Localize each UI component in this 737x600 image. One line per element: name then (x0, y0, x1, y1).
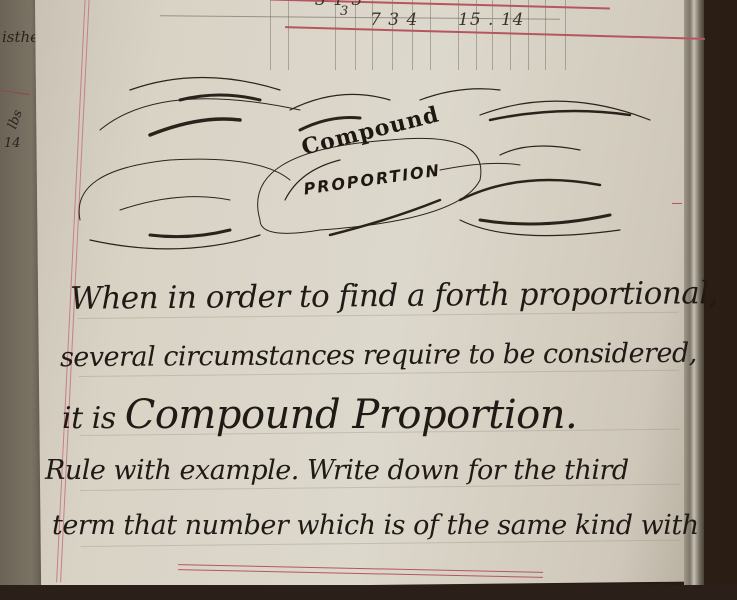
body-line-2: several circumstances require to be cons… (60, 338, 697, 373)
calligraphic-flourish (60, 60, 680, 260)
left-page-fragment: lbs (5, 108, 26, 131)
left-page-red-rule (0, 90, 30, 95)
left-page-fragment: isthe (2, 28, 39, 46)
book-bottom-shadow (0, 585, 737, 600)
left-page-fragment: 14 (4, 136, 21, 151)
body-line-4: Rule with example. Write down for the th… (45, 455, 629, 486)
margin-tick (672, 203, 682, 204)
body-line-1: When in order to find a forth proportion… (70, 275, 718, 317)
calc-value: 7 3 4 (370, 10, 418, 30)
body-line-3-prefix: it is (62, 401, 125, 436)
body-line-3-emphasis: Compound Proportion. (125, 392, 578, 438)
calc-value: 3 (340, 4, 349, 19)
body-line-3: it is Compound Proportion. (62, 392, 577, 438)
calc-value: 15 . 14 (458, 10, 524, 30)
body-line-5: term that number which is of the same ki… (52, 510, 699, 541)
